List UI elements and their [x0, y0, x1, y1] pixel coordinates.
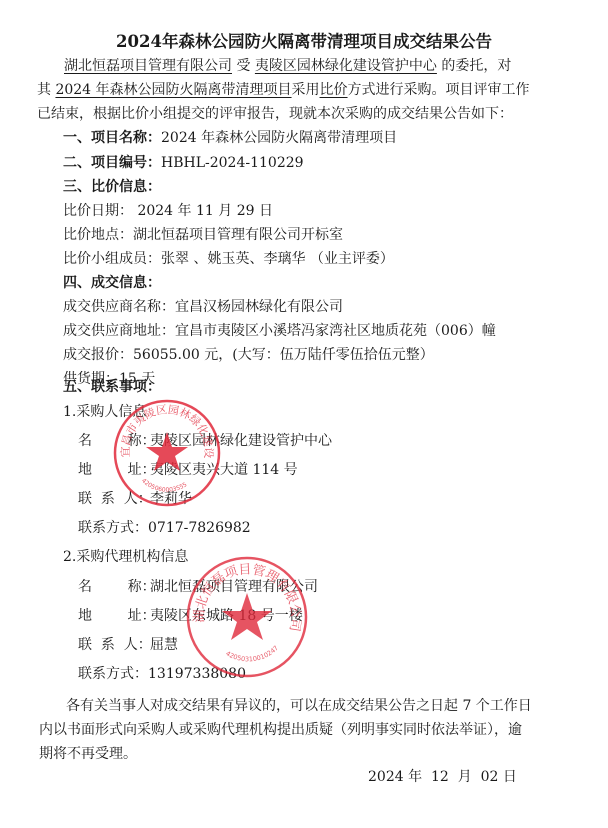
purchaser-name-row: 名 称：夷陵区园林绿化建设管护中心: [78, 432, 332, 450]
agency-name-row: 名 称：湖北恒磊项目管理有限公司: [78, 578, 318, 596]
agency-phone-row: 联系方式：13197338080: [78, 665, 246, 683]
supplier-address: 成交供应商地址：宜昌市夷陵区小溪塔冯家湾社区地质花苑（006）幢: [63, 322, 496, 340]
project-name-underlined: 2024 年森林公园防火隔离带清理项目: [55, 82, 291, 98]
closing-line-3: 期将不再受理。: [39, 745, 137, 763]
purchaser-contact-label: 联 系 人：: [78, 490, 150, 508]
section-project-name: 一、项目名称：2024 年森林公园防火隔离带清理项目: [63, 129, 397, 147]
purchaser-address-row: 地 址：夷陵区夷兴大道 114 号: [78, 461, 298, 479]
announcement-date: 2024 年 12 月 02 日: [368, 768, 517, 786]
agency-name-value: 湖北恒磊项目管理有限公司: [150, 579, 318, 595]
agency-address-row: 地 址：夷陵区东城路 18 号一楼: [78, 607, 303, 625]
procurement-method: 比价: [320, 82, 348, 98]
supplier-name: 成交供应商名称：宜昌汉杨园林绿化有限公司: [63, 298, 343, 316]
comparison-members: 比价小组成员：张翠 、姚玉英、李璃华 （业主评委）: [63, 250, 394, 268]
section-2-heading: 二、项目编号：: [63, 155, 161, 171]
purchaser-name-value: 夷陵区园林绿化建设管护中心: [150, 433, 332, 449]
section-project-number: 二、项目编号：HBHL-2024-110229: [63, 154, 304, 172]
purchaser-phone-value: 0717-7826982: [148, 520, 251, 536]
intro-line-2-tail: 方式进行采购。项目评审工作: [348, 82, 530, 98]
comparison-date: 比价日期： 2024 年 11 月 29 日: [63, 202, 273, 220]
agency-info-heading: 2.采购代理机构信息: [63, 548, 188, 566]
agency-contact-value: 屈慧: [150, 637, 178, 653]
purchaser-info-heading: 1.采购人信息: [63, 403, 146, 421]
section-5-heading: 五、联系事项：: [63, 378, 161, 396]
purchaser-address-value: 夷陵区夷兴大道 114 号: [150, 462, 298, 478]
purchaser-phone-row: 联系方式：0717-7826982: [78, 519, 251, 537]
intro-prefix: 其: [37, 82, 55, 98]
section-1-heading: 一、项目名称：: [63, 130, 161, 146]
purchaser-phone-label: 联系方式：: [78, 520, 148, 536]
closing-line-1: 各有关当事人对成交结果有异议的，可以在成交结果公告之日起 7 个工作日: [66, 697, 532, 715]
intro-line-1: 湖北恒磊项目管理有限公司 受 夷陵区园林绿化建设管护中心 的委托，对: [64, 57, 511, 75]
intro-line-1-tail: 的委托，对: [437, 58, 511, 74]
purchaser-name-label: 名 称：: [78, 432, 150, 450]
purchaser-name: 夷陵区园林绿化建设管护中心: [255, 58, 437, 74]
agency-contact-row: 联 系 人：屈慧: [78, 636, 178, 654]
section-3-heading: 三、比价信息：: [63, 178, 161, 196]
intro-line-3: 已结束，根据比价小组提交的评审报告，现就本次采购的成交结果公告如下：: [37, 105, 513, 123]
agency-contact-label: 联 系 人：: [78, 636, 150, 654]
purchaser-contact-row: 联 系 人：李莉华: [78, 490, 192, 508]
section-4-heading: 四、成交信息：: [63, 274, 161, 292]
closing-line-2: 内以书面形式向采购人或采购代理机构提出质疑（列明事实同时依法举证），逾: [39, 721, 522, 739]
project-name-value: 2024 年森林公园防火隔离带清理项目: [161, 130, 397, 146]
intro-mid: 采用: [292, 82, 320, 98]
svg-text:4205031001024​7: 4205031001024​7: [224, 644, 280, 663]
document-title: 2024年森林公园防火隔离带清理项目成交结果公告: [0, 32, 608, 52]
purchaser-address-label: 地 址：: [78, 461, 150, 479]
agency-name-link: 湖北恒磊项目管理有限公司: [64, 58, 232, 74]
agency-address-label: 地 址：: [78, 607, 150, 625]
agency-phone-label: 联系方式：: [78, 666, 148, 682]
comparison-location: 比价地点：湖北恒磊项目管理有限公司开标室: [63, 226, 343, 244]
entrusted-word: 受: [232, 58, 255, 74]
agency-phone-value: 13197338080: [148, 666, 246, 682]
deal-price: 成交报价：56055.00 元，(大写：伍万陆仟零伍拾伍元整）: [63, 346, 434, 364]
announcement-page: 2024年森林公园防火隔离带清理项目成交结果公告 湖北恒磊项目管理有限公司 受 …: [0, 0, 608, 828]
project-number-value: HBHL-2024-110229: [161, 155, 304, 171]
agency-address-value: 夷陵区东城路 18 号一楼: [150, 608, 303, 624]
agency-name-label: 名 称：: [78, 578, 150, 596]
intro-line-2: 其 2024 年森林公园防火隔离带清理项目采用比价方式进行采购。项目评审工作: [37, 81, 530, 99]
purchaser-contact-value: 李莉华: [150, 491, 192, 507]
